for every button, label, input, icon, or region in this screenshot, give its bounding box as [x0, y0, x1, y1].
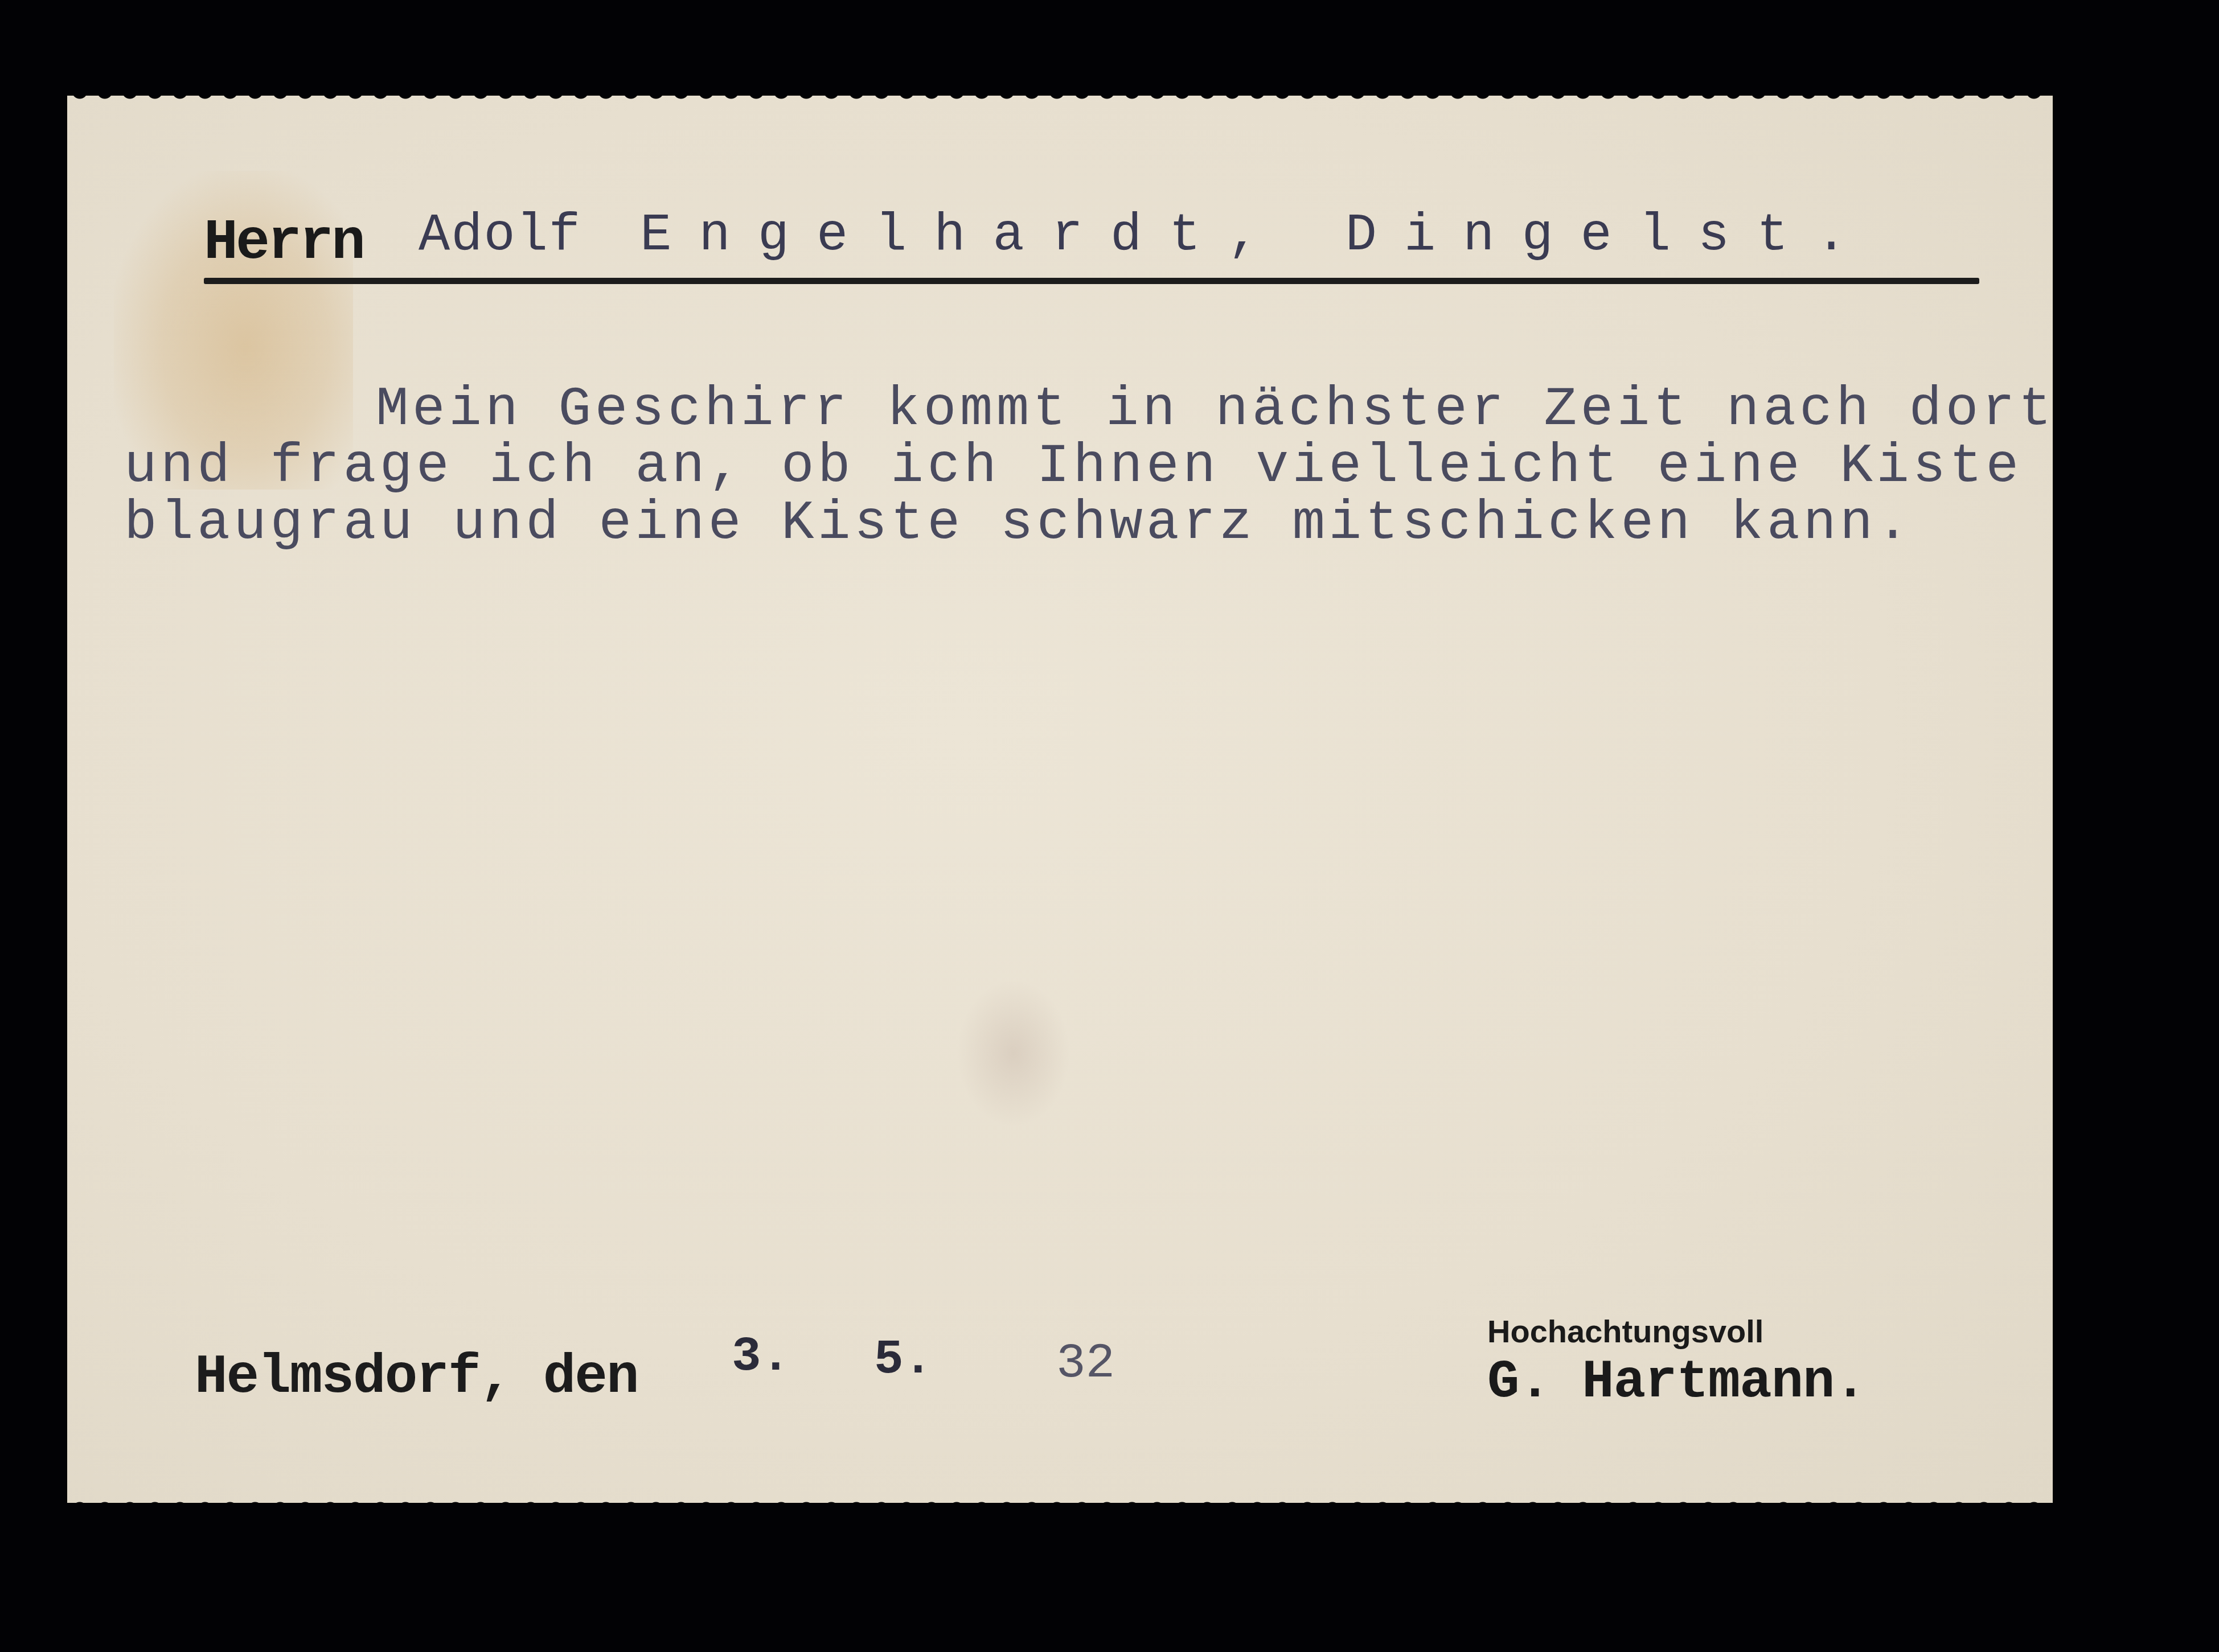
address-underline — [204, 278, 1979, 284]
salutation: Herrn — [204, 215, 363, 272]
date-day: 3. — [732, 1332, 790, 1381]
smudge — [957, 979, 1070, 1127]
postcard — [67, 96, 2053, 1503]
signature: G. Hartmann. — [1487, 1356, 1866, 1409]
perforated-edge-top — [67, 91, 2053, 106]
recipient-first-name: Adolf — [419, 206, 581, 265]
date-year: 32 — [1056, 1339, 1115, 1388]
body-line-1: Mein Geschirr kommt in nächster Zeit nac… — [376, 383, 2055, 437]
perforated-edge-bottom — [67, 1495, 2053, 1510]
place-label: Helmsdorf, den — [195, 1350, 638, 1405]
body-line-2: und frage ich an, ob ich Ihnen vielleich… — [124, 439, 2023, 494]
recipient-last-name-place: Engelhardt, Dingelst. — [640, 206, 1874, 265]
closing: Hochachtungsvoll — [1487, 1313, 1763, 1350]
date-month: 5. — [874, 1335, 933, 1384]
recipient-address: Adolf Engelhardt, Dingelst. — [419, 209, 1875, 262]
body-line-3: blaugrau und eine Kiste schwarz mitschic… — [124, 496, 1913, 551]
